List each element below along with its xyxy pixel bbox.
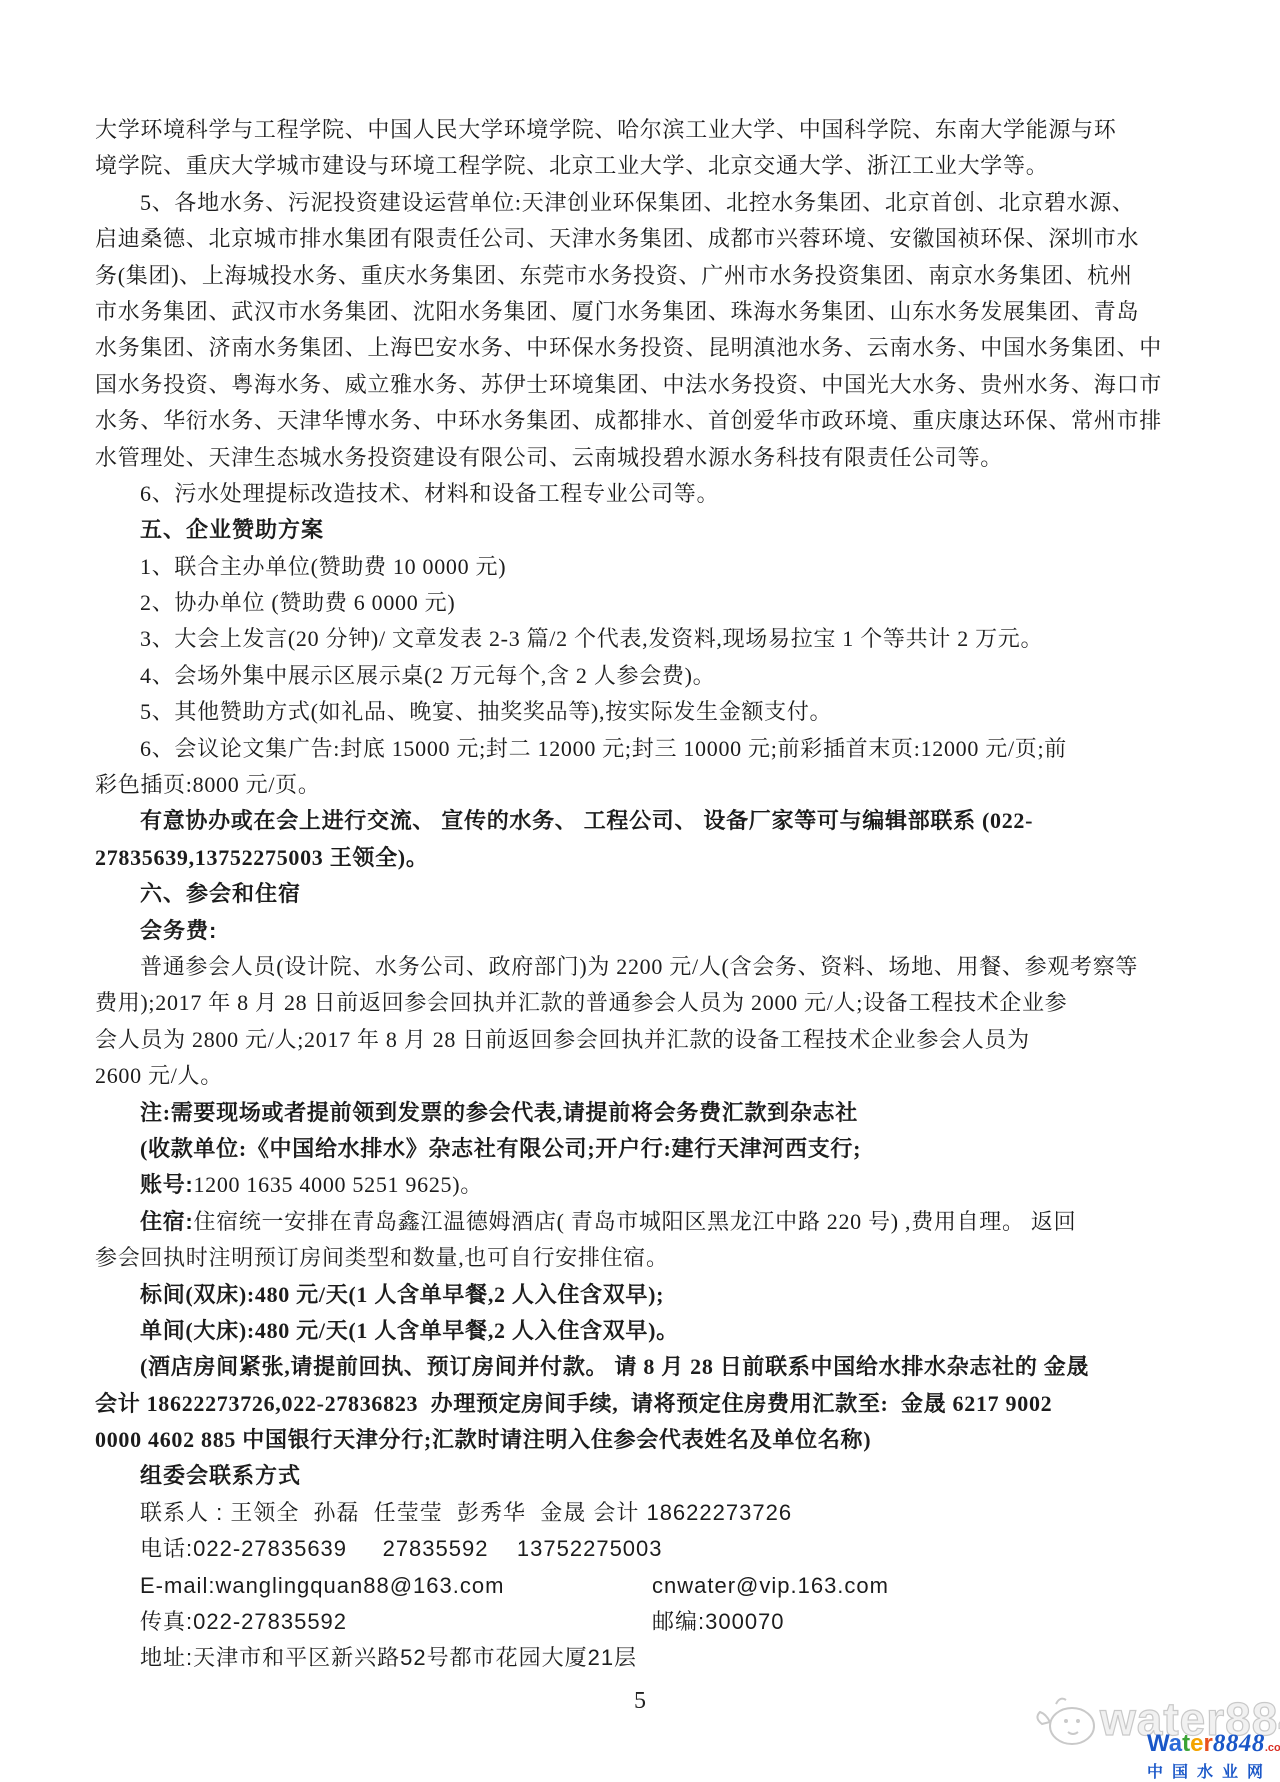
text-line: 注:需要现场或者提前领到发票的参会代表,请提前将会务费汇款到杂志社: [95, 1095, 1185, 1131]
text-line: 五、企业赞助方案: [95, 512, 1185, 548]
logo-site-name: 中国水业网: [1147, 1765, 1280, 1781]
text-segment: 六、参会和住宿: [140, 881, 301, 906]
text-line: 地址:天津市和平区新兴路52号都市花园大厦21层: [95, 1640, 1185, 1676]
text-segment: 会人员为 2800 元/人;2017 年 8 月 28 日前返回参会回执并汇款的…: [95, 1027, 1030, 1052]
text-line: 账号:1200 1635 4000 5251 9625)。: [95, 1167, 1185, 1203]
text-line: 6、会议论文集广告:封底 15000 元;封二 12000 元;封三 10000…: [95, 731, 1185, 767]
text-line: 3、大会上发言(20 分钟)/ 文章发表 2-3 篇/2 个代表,发资料,现场易…: [95, 621, 1185, 657]
text-line: 1、联合主办单位(赞助费 10 0000 元): [95, 549, 1185, 585]
text-segment: 1200 1635 4000 5251 9625)。: [193, 1172, 483, 1197]
text-line: 有意协办或在会上进行交流、 宣传的水务、 工程公司、 设备厂家等可与编辑部联系 …: [95, 803, 1185, 839]
text-segment: 邮编:300070: [652, 1609, 785, 1634]
text-line: (收款单位:《中国给水排水》杂志社有限公司;开户行:建行天津河西支行;: [95, 1131, 1185, 1167]
text-line: 会人员为 2800 元/人;2017 年 8 月 28 日前返回参会回执并汇款的…: [95, 1022, 1185, 1058]
text-line: 组委会联系方式: [95, 1458, 1185, 1494]
text-line: 0000 4602 885 中国银行天津分行;汇款时请注明入住参会代表姓名及单位…: [95, 1422, 1185, 1458]
text-line: 2600 元/人。: [95, 1058, 1185, 1094]
text-line: 六、参会和住宿: [95, 876, 1185, 912]
text-segment: 普通参会人员(设计院、水务公司、政府部门)为 2200 元/人(含会务、资料、场…: [140, 954, 1138, 979]
text-line: 传真:022-27835592邮编:300070: [95, 1604, 1185, 1640]
text-segment: 传真:022-27835592: [140, 1604, 652, 1640]
text-segment: 国水务投资、粤海水务、威立雅水务、苏伊士环境集团、中法水务投资、中国光大水务、贵…: [95, 372, 1162, 397]
page-content: 大学环境科学与工程学院、中国人民大学环境学院、哈尔滨工业大学、中国科学院、东南大…: [95, 112, 1185, 1677]
text-segment: 水务、华衍水务、天津华博水务、中环水务集团、成都排水、首创爱华市政环境、重庆康达…: [95, 408, 1162, 433]
text-segment: 6、污水处理提标改造技术、材料和设备工程专业公司等。: [140, 481, 719, 506]
logo-letter: r: [1203, 1730, 1212, 1757]
text-line: E-mail:wanglingquan88@163.comcnwater@vip…: [95, 1568, 1185, 1604]
text-line: 27835639,13752275003 王领全)。: [95, 840, 1185, 876]
text-segment: 境学院、重庆大学城市建设与环境工程学院、北京工业大学、北京交通大学、浙江工业大学…: [95, 153, 1048, 178]
text-segment: 水务集团、济南水务集团、上海巴安水务、中环保水务投资、昆明滇池水务、云南水务、中…: [95, 335, 1162, 360]
text-line: 费用);2017 年 8 月 28 日前返回参会回执并汇款的普通参会人员为 20…: [95, 985, 1185, 1021]
text-line: 4、会场外集中展示区展示桌(2 万元每个,含 2 人参会费)。: [95, 658, 1185, 694]
text-segment: 费用);2017 年 8 月 28 日前返回参会回执并汇款的普通参会人员为 20…: [95, 990, 1067, 1015]
document-page: 大学环境科学与工程学院、中国人民大学环境学院、哈尔滨工业大学、中国科学院、东南大…: [0, 0, 1280, 1782]
text-segment: 5、其他赞助方式(如礼品、晚宴、抽奖奖品等),按实际发生金额支付。: [140, 699, 832, 724]
text-line: 务(集团)、上海城投水务、重庆水务集团、东莞市水务投资、广州市水务投资集团、南京…: [95, 258, 1185, 294]
logo-letter: W: [1147, 1730, 1169, 1757]
text-line: 水管理处、天津生态城水务投资建设有限公司、云南城投碧水源水务科技有限责任公司等。: [95, 440, 1185, 476]
text-line: 6、污水处理提标改造技术、材料和设备工程专业公司等。: [95, 476, 1185, 512]
text-segment: 4、会场外集中展示区展示桌(2 万元每个,含 2 人参会费)。: [140, 663, 715, 688]
text-segment: 住宿统一安排在青岛鑫江温德姆酒店( 青岛市城阳区黑龙江中路 220 号) ,费用…: [193, 1209, 1076, 1234]
text-line: 会计 18622273726,022-27836823 办理预定房间手续, 请将…: [95, 1386, 1185, 1422]
text-segment: 水管理处、天津生态城水务投资建设有限公司、云南城投碧水源水务科技有限责任公司等。: [95, 445, 1003, 470]
text-segment: 0000 4602 885 中国银行天津分行;汇款时请注明入住参会代表姓名及单位…: [95, 1427, 871, 1452]
text-segment: 会计 18622273726,022-27836823 办理预定房间手续, 请将…: [95, 1391, 1052, 1416]
text-line: 境学院、重庆大学城市建设与环境工程学院、北京工业大学、北京交通大学、浙江工业大学…: [95, 148, 1185, 184]
text-segment: 1、联合主办单位(赞助费 10 0000 元): [140, 554, 506, 579]
logo-letter: 8848: [1213, 1730, 1265, 1757]
logo-letter: t: [1182, 1730, 1190, 1757]
text-segment: (酒店房间紧张,请提前回执、预订房间并付款。 请 8 月 28 日前联系中国给水…: [140, 1354, 1089, 1379]
text-segment: 5、各地水务、污泥投资建设运营单位:天津创业环保集团、北控水务集团、北京首创、北…: [140, 190, 1135, 215]
text-line: 5、其他赞助方式(如礼品、晚宴、抽奖奖品等),按实际发生金额支付。: [95, 694, 1185, 730]
text-segment: 27835639,13752275003 王领全)。: [95, 845, 429, 870]
text-segment: 2、协办单位 (赞助费 6 0000 元): [140, 590, 455, 615]
text-segment: 会务费:: [140, 918, 217, 943]
text-line: 彩色插页:8000 元/页。: [95, 767, 1185, 803]
text-line: 电话:022-27835639 27835592 13752275003: [95, 1531, 1185, 1567]
text-segment: 联系人 : 王领全 孙磊 任莹莹 彭秀华 金晟 会计 18622273726: [140, 1500, 792, 1525]
text-segment: 3、大会上发言(20 分钟)/ 文章发表 2-3 篇/2 个代表,发资料,现场易…: [140, 626, 1043, 651]
logo-letter: .com: [1265, 1742, 1280, 1754]
watermark-mascot-icon: [1032, 1690, 1098, 1748]
text-segment: 五、企业赞助方案: [140, 517, 324, 542]
text-line: 会务费:: [95, 913, 1185, 949]
text-line: 2、协办单位 (赞助费 6 0000 元): [95, 585, 1185, 621]
text-line: 水务集团、济南水务集团、上海巴安水务、中环保水务投资、昆明滇池水务、云南水务、中…: [95, 330, 1185, 366]
text-line: 联系人 : 王领全 孙磊 任莹莹 彭秀华 金晟 会计 18622273726: [95, 1495, 1185, 1531]
text-segment: 地址:天津市和平区新兴路52号都市花园大厦21层: [140, 1645, 637, 1670]
text-segment: 参会回执时注明预订房间类型和数量,也可自行安排住宿。: [95, 1245, 669, 1270]
text-line: 参会回执时注明预订房间类型和数量,也可自行安排住宿。: [95, 1240, 1185, 1276]
text-line: (酒店房间紧张,请提前回执、预订房间并付款。 请 8 月 28 日前联系中国给水…: [95, 1349, 1185, 1385]
text-segment: 标间(双床):480 元/天(1 人含单早餐,2 人入住含双早);: [140, 1282, 664, 1307]
water8848-logo: Water8848.com 中国水业网: [1147, 1731, 1280, 1781]
text-segment: 6、会议论文集广告:封底 15000 元;封二 12000 元;封三 10000…: [140, 736, 1067, 761]
text-segment: E-mail:wanglingquan88@163.com: [140, 1568, 652, 1604]
text-segment: 单间(大床):480 元/天(1 人含单早餐,2 人入住含双早)。: [140, 1318, 679, 1343]
text-segment: 注:需要现场或者提前领到发票的参会代表,请提前将会务费汇款到杂志社: [140, 1100, 858, 1125]
logo-letter: e: [1190, 1730, 1203, 1757]
logo-letter: a: [1169, 1730, 1182, 1757]
text-segment: 账号:: [140, 1172, 193, 1197]
text-line: 国水务投资、粤海水务、威立雅水务、苏伊士环境集团、中法水务投资、中国光大水务、贵…: [95, 367, 1185, 403]
text-line: 市水务集团、武汉市水务集团、沈阳水务集团、厦门水务集团、珠海水务集团、山东水务发…: [95, 294, 1185, 330]
text-line: 启迪桑德、北京城市排水集团有限责任公司、天津水务集团、成都市兴蓉环境、安徽国祯环…: [95, 221, 1185, 257]
text-line: 标间(双床):480 元/天(1 人含单早餐,2 人入住含双早);: [95, 1277, 1185, 1313]
text-line: 住宿:住宿统一安排在青岛鑫江温德姆酒店( 青岛市城阳区黑龙江中路 220 号) …: [95, 1204, 1185, 1240]
text-line: 5、各地水务、污泥投资建设运营单位:天津创业环保集团、北控水务集团、北京首创、北…: [95, 185, 1185, 221]
text-segment: 有意协办或在会上进行交流、 宣传的水务、 工程公司、 设备厂家等可与编辑部联系 …: [140, 808, 1033, 833]
text-segment: 务(集团)、上海城投水务、重庆水务集团、东莞市水务投资、广州市水务投资集团、南京…: [95, 263, 1133, 288]
logo-wordmark: Water8848.com: [1147, 1731, 1280, 1761]
text-segment: cnwater@vip.163.com: [652, 1573, 889, 1598]
text-line: 水务、华衍水务、天津华博水务、中环水务集团、成都排水、首创爱华市政环境、重庆康达…: [95, 403, 1185, 439]
text-segment: 市水务集团、武汉市水务集团、沈阳水务集团、厦门水务集团、珠海水务集团、山东水务发…: [95, 299, 1139, 324]
text-segment: (收款单位:《中国给水排水》杂志社有限公司;开户行:建行天津河西支行;: [140, 1136, 861, 1161]
text-segment: 启迪桑德、北京城市排水集团有限责任公司、天津水务集团、成都市兴蓉环境、安徽国祯环…: [95, 226, 1139, 251]
text-line: 大学环境科学与工程学院、中国人民大学环境学院、哈尔滨工业大学、中国科学院、东南大…: [95, 112, 1185, 148]
text-segment: 组委会联系方式: [140, 1463, 301, 1488]
text-segment: 大学环境科学与工程学院、中国人民大学环境学院、哈尔滨工业大学、中国科学院、东南大…: [95, 117, 1117, 142]
text-segment: 电话:022-27835639 27835592 13752275003: [140, 1536, 663, 1561]
text-segment: 彩色插页:8000 元/页。: [95, 772, 321, 797]
text-segment: 住宿:: [140, 1209, 193, 1234]
text-line: 普通参会人员(设计院、水务公司、政府部门)为 2200 元/人(含会务、资料、场…: [95, 949, 1185, 985]
text-segment: 2600 元/人。: [95, 1063, 223, 1088]
text-line: 单间(大床):480 元/天(1 人含单早餐,2 人入住含双早)。: [95, 1313, 1185, 1349]
